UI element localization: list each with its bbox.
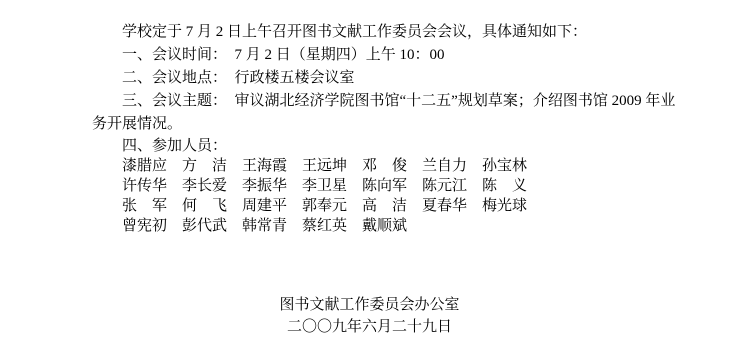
participants-row: 漆腊应 方 洁 王海霞 王远坤 邓 俊 兰自力 孙宝林 — [92, 156, 739, 176]
signature-date: 二〇〇九年六月二十九日 — [0, 316, 739, 338]
notice-intro: 学校定于 7 月 2 日上午召开图书文献工作委员会会议，具体通知如下： — [92, 21, 739, 44]
signature-org: 图书文献工作委员会办公室 — [0, 294, 739, 316]
meeting-topic-line-1: 三、会议主题： 审议湖北经济学院图书馆“十二五”规划草案；介绍图书馆 2009 … — [92, 90, 739, 113]
meeting-topic-line-2: 务开展情况。 — [92, 113, 739, 136]
meeting-time-line: 一、会议时间： 7 月 2 日（星期四）上午 10：00 — [92, 44, 739, 67]
meeting-notice-page: { "page": { "background_color": "#ffffff… — [0, 0, 739, 363]
meeting-notice-document: 学校定于 7 月 2 日上午召开图书文献工作委员会会议，具体通知如下： 一、会议… — [0, 0, 739, 236]
participants-row: 曾宪初 彭代武 韩常青 蔡红英 戴顺斌 — [92, 216, 739, 236]
signature-block: 图书文献工作委员会办公室 二〇〇九年六月二十九日 — [0, 294, 739, 338]
participants-heading: 四、参加人员： — [92, 136, 739, 156]
meeting-place-line: 二、会议地点： 行政楼五楼会议室 — [92, 67, 739, 90]
participants-row: 许传华 李长爱 李振华 李卫星 陈向军 陈元江 陈 义 — [92, 176, 739, 196]
participants-row: 张 军 何 飞 周建平 郭奉元 高 洁 夏春华 梅光球 — [92, 196, 739, 216]
